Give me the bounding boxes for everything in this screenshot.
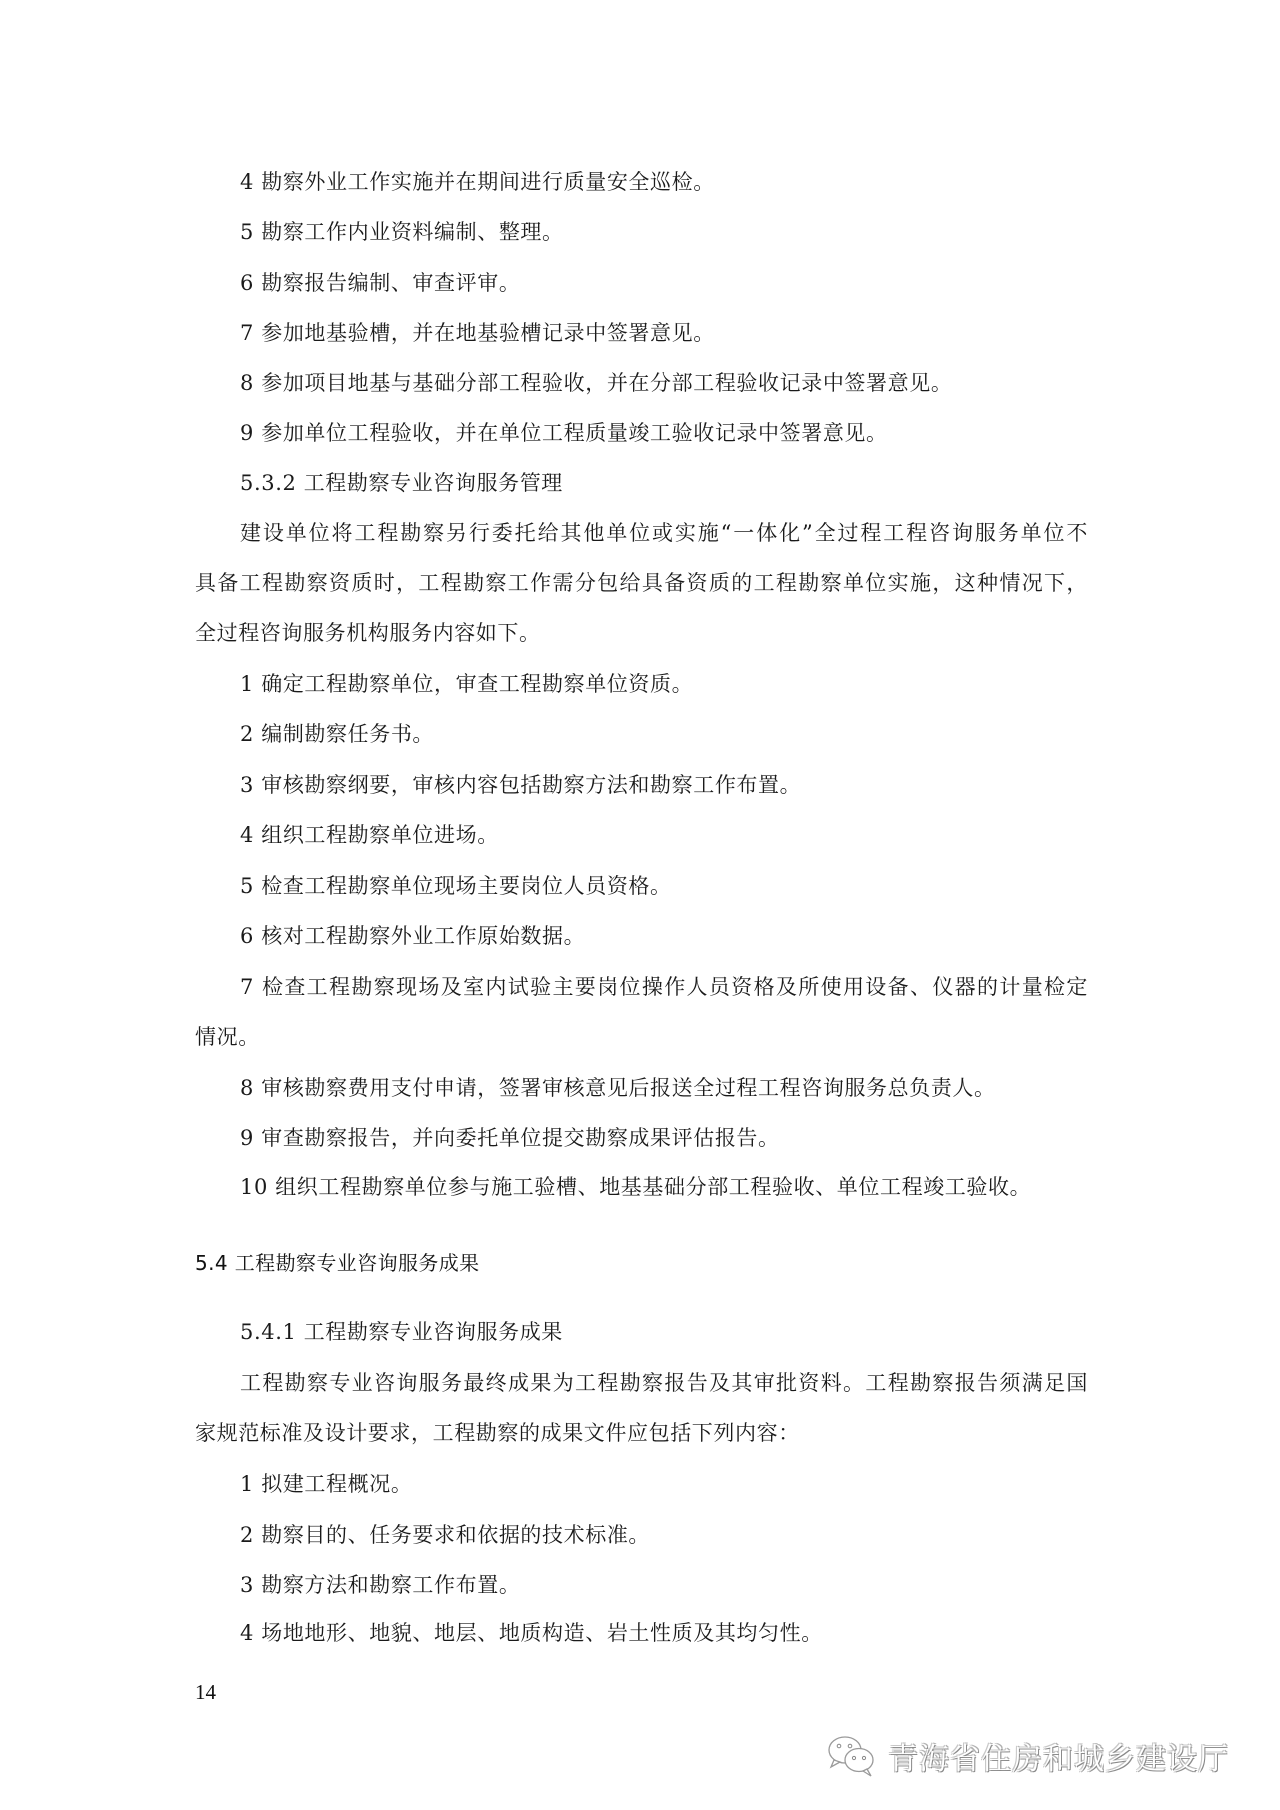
subsection-title-532: 5.3.2 工程勘察专业咨询服务管理 — [240, 469, 1088, 497]
list-item: 9 审查勘察报告，并向委托单位提交勘察成果评估报告。 — [240, 1124, 1088, 1152]
list-item: 8 参加项目地基与基础分部工程验收，并在分部工程验收记录中签署意见。 — [240, 369, 1088, 397]
watermark: 青海省住房和城乡建设厅 — [826, 1734, 1229, 1778]
list-item: 10 组织工程勘察单位参与施工验槽、地基基础分部工程验收、单位工程竣工验收。 — [240, 1173, 1088, 1201]
page-number: 14 — [195, 1680, 216, 1705]
section-title-54: 5.4 工程勘察专业咨询服务成果 — [195, 1249, 1088, 1277]
paragraph-line: 全过程咨询服务机构服务内容如下。 — [195, 619, 1088, 647]
list-item: 8 审核勘察费用支付申请，签署审核意见后报送全过程工程咨询服务总负责人。 — [240, 1074, 1088, 1102]
list-item: 7 检查工程勘察现场及室内试验主要岗位操作人员资格及所使用设备、仪器的计量检定 — [240, 973, 1088, 1001]
list-item: 2 编制勘察任务书。 — [240, 720, 1088, 748]
list-item: 9 参加单位工程验收，并在单位工程质量竣工验收记录中签署意见。 — [240, 419, 1088, 447]
list-item: 4 组织工程勘察单位进场。 — [240, 821, 1088, 849]
list-item: 2 勘察目的、任务要求和依据的技术标准。 — [240, 1521, 1088, 1549]
paragraph-line: 具备工程勘察资质时，工程勘察工作需分包给具备资质的工程勘察单位实施，这种情况下， — [195, 569, 1088, 597]
list-item: 3 勘察方法和勘察工作布置。 — [240, 1571, 1088, 1599]
list-item-continuation: 情况。 — [195, 1023, 1088, 1051]
paragraph-line: 家规范标准及设计要求，工程勘察的成果文件应包括下列内容： — [195, 1419, 1088, 1447]
list-item: 6 核对工程勘察外业工作原始数据。 — [240, 922, 1088, 950]
list-item: 5 勘察工作内业资料编制、整理。 — [240, 218, 1088, 246]
list-item: 7 参加地基验槽，并在地基验槽记录中签署意见。 — [240, 319, 1088, 347]
wechat-icon — [826, 1734, 878, 1778]
paragraph-line: 工程勘察专业咨询服务最终成果为工程勘察报告及其审批资料。工程勘察报告须满足国 — [240, 1369, 1088, 1397]
paragraph-line: 建设单位将工程勘察另行委托给其他单位或实施“一体化”全过程工程咨询服务单位不 — [240, 519, 1088, 547]
list-item: 4 勘察外业工作实施并在期间进行质量安全巡检。 — [240, 168, 1088, 196]
list-item: 4 场地地形、地貌、地层、地质构造、岩土性质及其均匀性。 — [240, 1619, 1088, 1647]
list-item: 1 拟建工程概况。 — [240, 1470, 1088, 1498]
list-item: 5 检查工程勘察单位现场主要岗位人员资格。 — [240, 872, 1088, 900]
watermark-text: 青海省住房和城乡建设厅 — [888, 1734, 1229, 1778]
list-item: 6 勘察报告编制、审查评审。 — [240, 269, 1088, 297]
subsection-title-541: 5.4.1 工程勘察专业咨询服务成果 — [240, 1318, 1088, 1346]
list-item: 3 审核勘察纲要，审核内容包括勘察方法和勘察工作布置。 — [240, 771, 1088, 799]
document-page: 4 勘察外业工作实施并在期间进行质量安全巡检。 5 勘察工作内业资料编制、整理。… — [0, 0, 1280, 1810]
list-item: 1 确定工程勘察单位，审查工程勘察单位资质。 — [240, 670, 1088, 698]
